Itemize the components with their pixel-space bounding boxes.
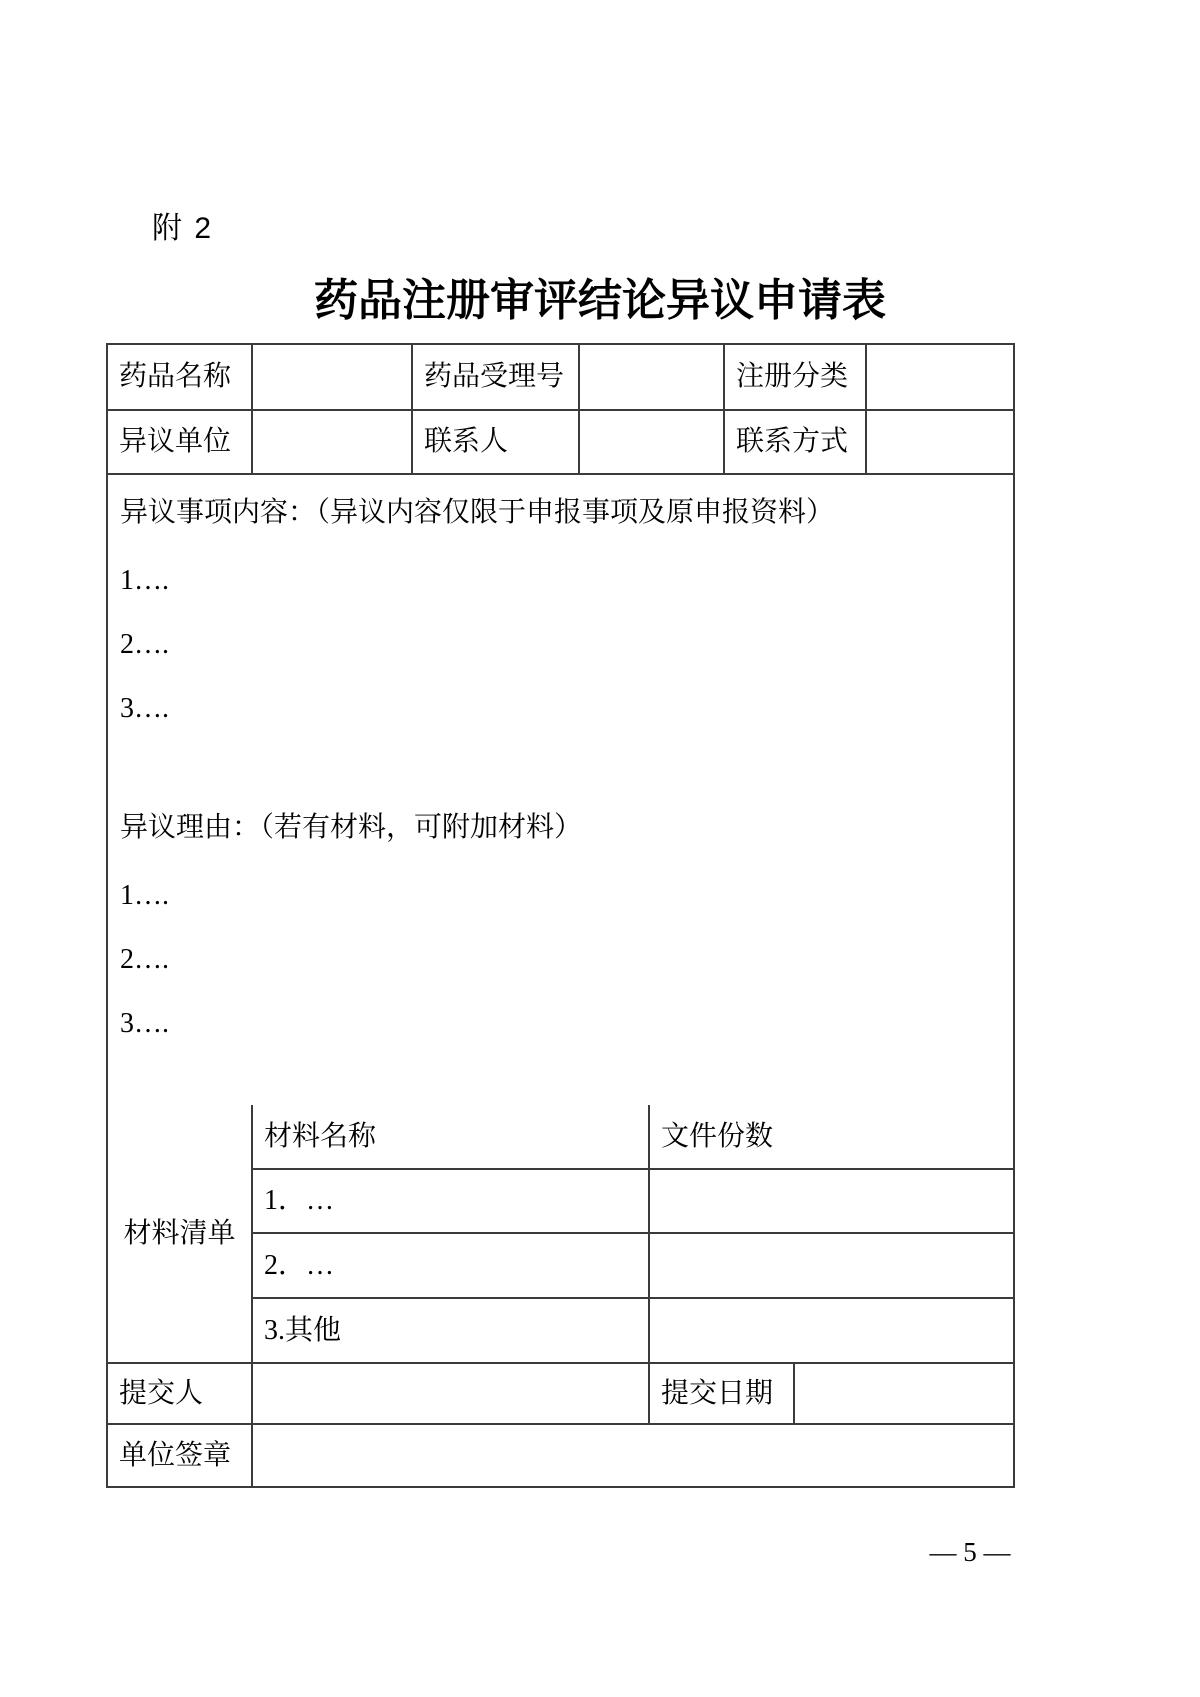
materials-row-3-copies [650, 1299, 1013, 1364]
objection-reason-section: 异议理由：（若有材料，可附加材料） 1…. 2…. 3…. [108, 790, 1013, 1105]
acceptance-no-label: 药品受理号 [413, 345, 580, 411]
drug-name-label: 药品名称 [108, 345, 253, 411]
drug-name-value-cell [253, 345, 413, 411]
objection-content-item-2: 2…. [120, 625, 993, 665]
materials-row-1-copies [650, 1170, 1013, 1234]
attachment-label: 附 2 [152, 203, 213, 247]
contact-method-value-cell [867, 411, 1013, 475]
materials-row-3-name: 3.其他 [253, 1299, 650, 1364]
submitter-value-cell [253, 1364, 650, 1425]
registration-class-label: 注册分类 [725, 345, 867, 411]
contact-person-label: 联系人 [413, 411, 580, 475]
objection-reason-item-3: 3…. [120, 1004, 993, 1044]
acceptance-no-value-cell [580, 345, 725, 411]
materials-copies-header: 文件份数 [650, 1105, 1013, 1170]
contact-method-label: 联系方式 [725, 411, 867, 475]
materials-row-1-name: 1．… [253, 1170, 650, 1234]
objection-content-section: 异议事项内容：（异议内容仅限于申报事项及原申报资料） 1…. 2…. 3…. [108, 475, 1013, 790]
submitter-label: 提交人 [108, 1364, 253, 1425]
objection-unit-value-cell [253, 411, 413, 475]
unit-seal-value-cell [253, 1425, 1013, 1486]
objection-content-item-3: 3…. [120, 689, 993, 729]
objection-reason-item-1: 1…. [120, 876, 993, 916]
page-number: — 5 — [870, 1537, 1070, 1568]
objection-unit-label: 异议单位 [108, 411, 253, 475]
unit-seal-label: 单位签章 [108, 1425, 253, 1486]
materials-section-label: 材料清单 [108, 1105, 253, 1364]
submit-date-value-cell [795, 1364, 1013, 1425]
materials-name-header: 材料名称 [253, 1105, 650, 1170]
materials-row-2-name: 2．… [253, 1234, 650, 1299]
contact-person-value-cell [580, 411, 725, 475]
form-table: 药品名称 药品受理号 注册分类 异议单位 联系人 联系方式 异议事项内容：（异议… [106, 343, 1015, 1488]
objection-content-header: 异议事项内容：（异议内容仅限于申报事项及原申报资料） [120, 493, 993, 533]
registration-class-value-cell [867, 345, 1013, 411]
document-page: 附 2 药品注册审评结论异议申请表 药品名称 药品受理号 注册分类 异议单位 联… [0, 0, 1200, 1697]
objection-content-item-1: 1…. [120, 561, 993, 601]
materials-row-2-copies [650, 1234, 1013, 1299]
page-title: 药品注册审评结论异议申请表 [0, 264, 1200, 328]
objection-reason-header: 异议理由：（若有材料，可附加材料） [120, 808, 993, 848]
objection-reason-item-2: 2…. [120, 940, 993, 980]
submit-date-label: 提交日期 [650, 1364, 795, 1425]
